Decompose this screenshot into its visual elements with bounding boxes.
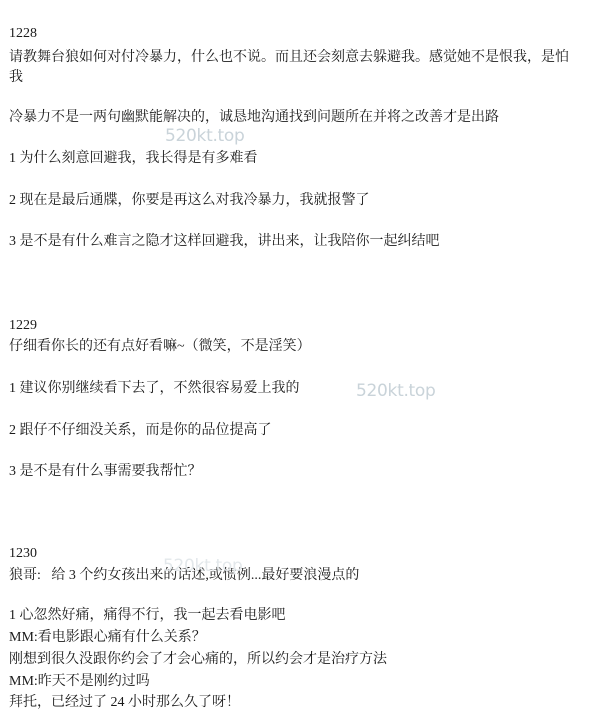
dialogue-line: MM:看电影跟心痛有什么关系？ [9,627,206,648]
watermark: 520kt.top [356,381,436,401]
answer-item: 2 跟仔不仔细没关系，而是你的品位提高了 [9,420,272,441]
watermark: 520kt.top [163,556,243,576]
question-text: 请教舞台狼如何对付冷暴力，什么也不说。而且还会刻意去躲避我。感觉她不是恨我，是怕 [9,47,569,68]
answer-item: 1 建议你别继续看下去了，不然很容易爱上我的 [9,378,300,399]
entry-number: 1229 [9,315,37,336]
answer-item: 2 现在是最后通牒，你要是再这么对我冷暴力，我就报警了 [9,190,370,211]
watermark: 520kt.top [165,126,245,146]
entry-number: 1230 [9,543,37,564]
dialogue-line: 1 心忽然好痛，痛得不行，我一起去看电影吧 [9,605,286,626]
answer-item: 1 为什么刻意回避我，我长得是有多难看 [9,148,258,169]
question-text-continued: 我 [9,67,23,88]
entry-number: 1228 [9,23,37,44]
answer-item: 3 是不是有什么事需要我帮忙？ [9,461,202,482]
answer-item: 3 是不是有什么难言之隐才这样回避我，讲出来，让我陪你一起纠结吧 [9,231,440,252]
question-text: 仔细看你长的还有点好看嘛~（微笑，不是淫笑） [9,336,311,357]
intro-text: 冷暴力不是一两句幽默能解决的，诚恳地沟通找到问题所在并将之改善才是出路 [9,107,499,128]
dialogue-line: 拜托，已经过了 24 小时那么久了呀！ [9,692,240,710]
dialogue-line: 刚想到很久没跟你约会了才会心痛的，所以约会才是治疗方法 [9,649,387,670]
dialogue-line: MM:昨天不是刚约过吗 [9,671,150,692]
